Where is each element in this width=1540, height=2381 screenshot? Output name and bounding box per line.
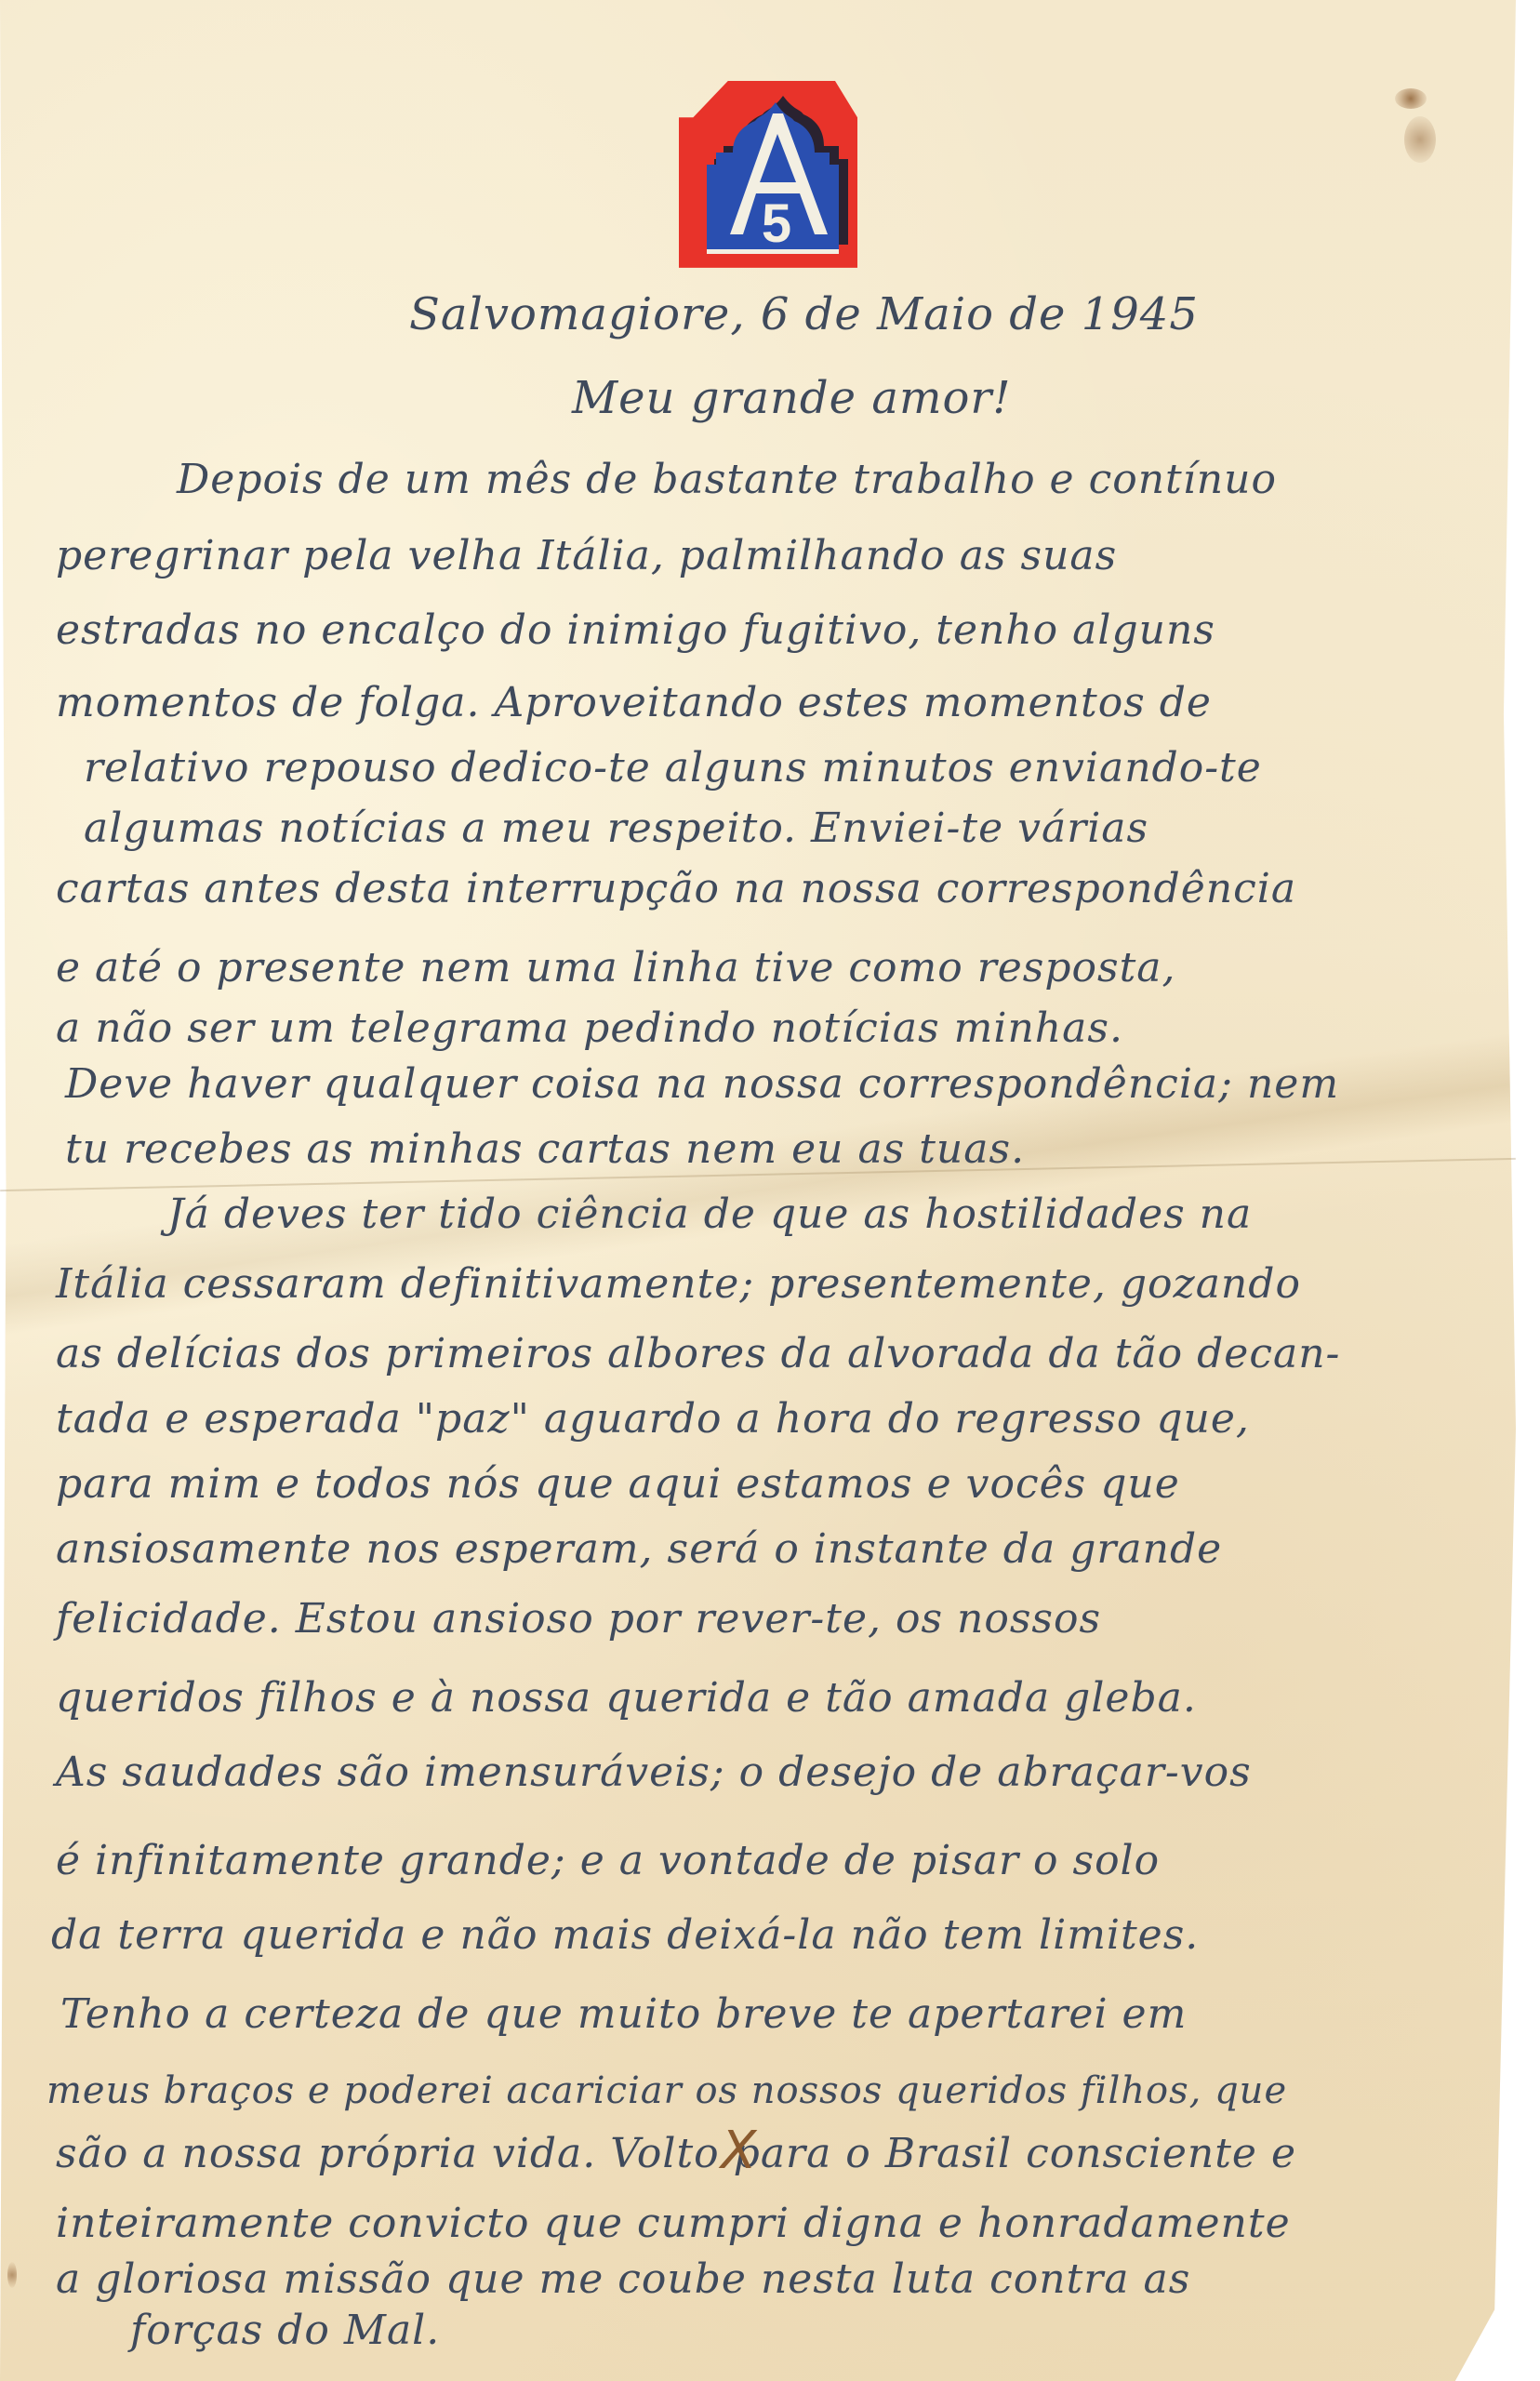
- letter-line: felicidade. Estou ansioso por rever-te, …: [56, 1595, 1101, 1643]
- letter-line: Tenho a certeza de que muito breve te ap…: [60, 1990, 1187, 2038]
- letter-line: da terra querida e não mais deixá-la não…: [51, 1911, 1199, 1959]
- letter-line: forças do Mal.: [130, 2307, 440, 2354]
- letter-line: meus braços e poderei acariciar os nosso…: [46, 2069, 1287, 2112]
- letter-line: queridos filhos e à nossa querida e tão …: [56, 1674, 1197, 1722]
- letter-line: as delícias dos primeiros albores da alv…: [56, 1330, 1340, 1377]
- letter-content: Salvomagiore, 6 de Maio de 1945 Meu gran…: [0, 0, 1540, 2381]
- letter-line: Deve haver qualquer coisa na nossa corre…: [65, 1060, 1339, 1108]
- letter-line: ansiosamente nos esperam, será o instant…: [56, 1525, 1222, 1573]
- letter-line: Itália cessaram definitivamente; present…: [56, 1260, 1301, 1308]
- place-date: Salvomagiore, 6 de Maio de 1945: [409, 288, 1199, 340]
- letter-line: para mim e todos nós que aqui estamos e …: [56, 1460, 1180, 1508]
- brown-ink-cross-mark: X: [721, 2121, 756, 2181]
- letter-line: Já deves ter tido ciência de que as host…: [167, 1190, 1252, 1238]
- letter-line: tada e esperada "paz" aguardo a hora do …: [56, 1395, 1250, 1443]
- letter-line: cartas antes desta interrupção na nossa …: [56, 865, 1296, 912]
- letter-line: momentos de folga. Aproveitando estes mo…: [56, 679, 1212, 726]
- letter-line: As saudades são imensuráveis; o desejo d…: [56, 1749, 1252, 1796]
- letter-line: tu recebes as minhas cartas nem eu as tu…: [65, 1125, 1025, 1173]
- letter-line: Depois de um mês de bastante trabalho e …: [177, 456, 1277, 503]
- letter-line: é infinitamente grande; e a vontade de p…: [56, 1837, 1160, 1884]
- letter-line: são a nossa própria vida. Volto para o B…: [56, 2130, 1296, 2177]
- salutation: Meu grande amor!: [572, 372, 1012, 424]
- letter-line: a não ser um telegrama pedindo notícias …: [56, 1004, 1123, 1052]
- letter-line: peregrinar pela velha Itália, palmilhand…: [56, 532, 1117, 579]
- letter-line: estradas no encalço do inimigo fugitivo,…: [56, 606, 1215, 654]
- letter-line: algumas notícias a meu respeito. Enviei-…: [84, 805, 1148, 852]
- letter-line: relativo repouso dedico-te alguns minuto…: [84, 744, 1262, 791]
- letter-line: a gloriosa missão que me coube nesta lut…: [56, 2255, 1190, 2303]
- letter-line: inteiramente convicto que cumpri digna e…: [56, 2200, 1291, 2247]
- letter-line: e até o presente nem uma linha tive como…: [56, 944, 1176, 991]
